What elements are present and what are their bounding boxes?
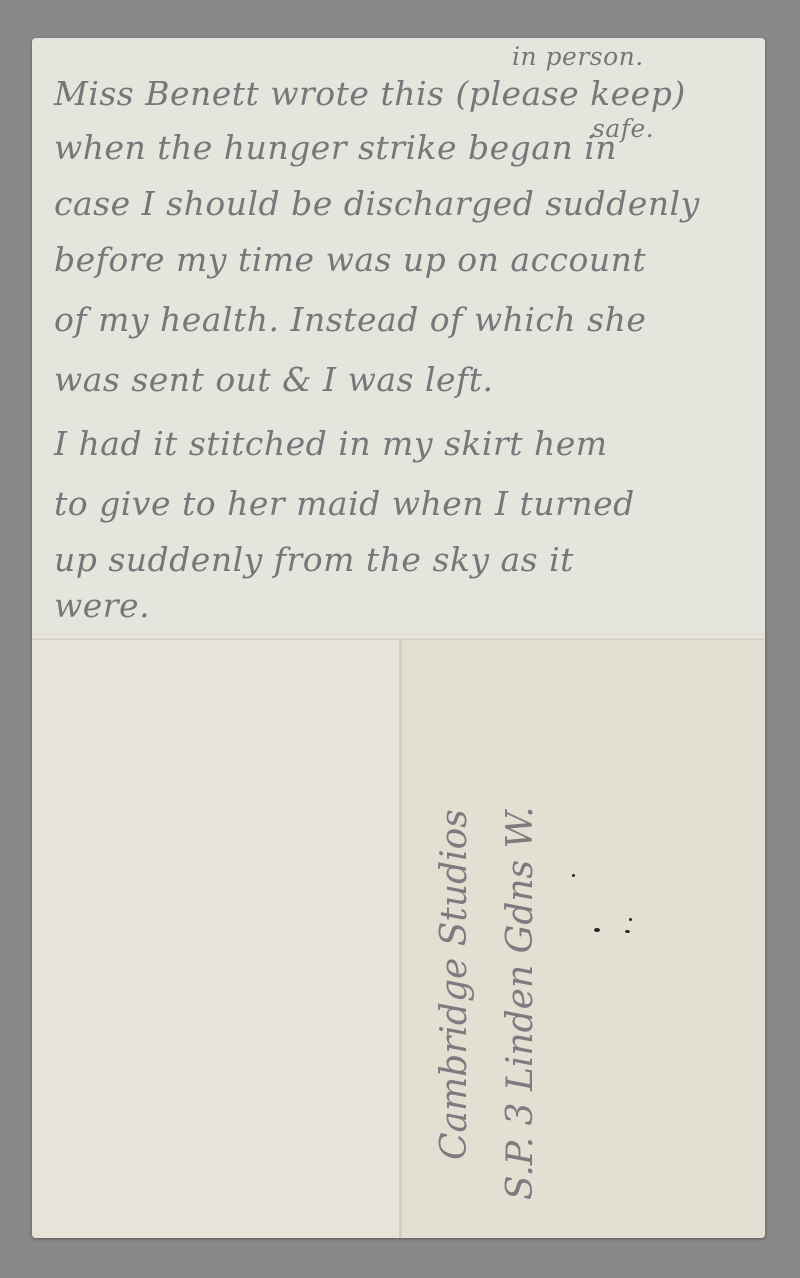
letter-line-7: I had it stitched in my skirt hem <box>54 424 608 463</box>
letter-line-3: case I should be discharged suddenly <box>54 184 700 223</box>
letter-line-8: to give to her maid when I turned <box>54 484 635 523</box>
ink-speck <box>594 928 600 932</box>
ink-speck <box>629 918 632 921</box>
letter-line-4: before my time was up on account <box>54 240 646 279</box>
letter-upper-panel: in person. Miss Benett wrote this (pleas… <box>32 38 765 636</box>
letter-sheet: in person. Miss Benett wrote this (pleas… <box>32 38 765 1238</box>
letter-line-5: of my health. Instead of which she <box>54 300 646 339</box>
letter-line-9: up suddenly from the sky as it <box>54 540 574 579</box>
insertion-in-person: in person. <box>512 42 644 71</box>
address-line-1: Cambridge Studios <box>434 809 475 1160</box>
letter-lower-panel: Cambridge Studios S.P. 3 Linden Gdns W. <box>32 640 765 1238</box>
ink-speck <box>625 930 630 933</box>
letter-line-10: were. <box>54 586 150 625</box>
letter-line-2: when the hunger strike began in <box>54 128 617 167</box>
lower-left-blank-panel <box>32 640 400 1238</box>
letter-line-1: Miss Benett wrote this (please keep) <box>54 74 686 113</box>
letter-line-6: was sent out & I was left. <box>54 360 493 399</box>
address-panel: Cambridge Studios S.P. 3 Linden Gdns W. <box>402 640 765 1238</box>
address-line-2: S.P. 3 Linden Gdns W. <box>500 806 541 1200</box>
ink-speck <box>572 874 575 877</box>
